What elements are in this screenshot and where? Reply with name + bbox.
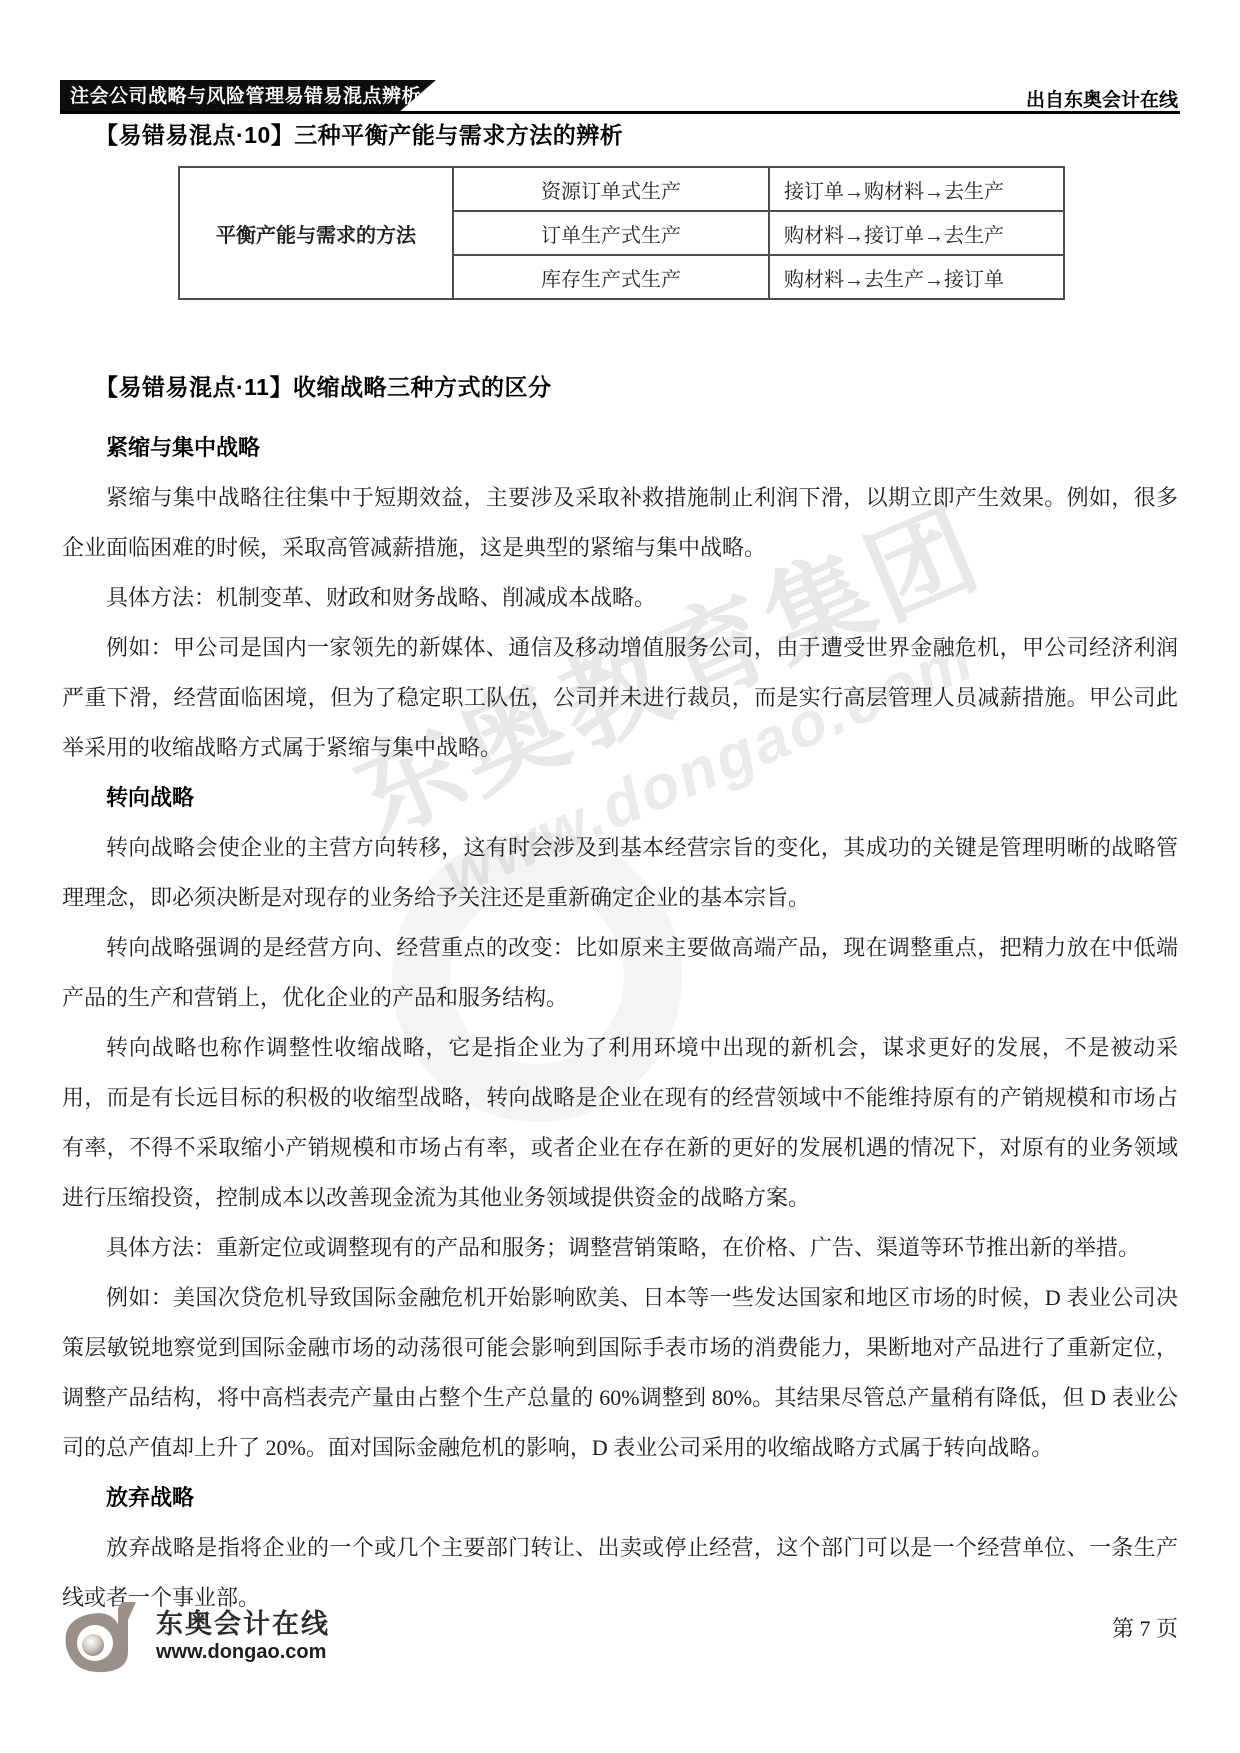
section10-heading: 【易错易混点·10】三种平衡产能与需求方法的辨析	[95, 117, 623, 150]
paragraph: 紧缩与集中战略往往集中于短期效益，主要涉及采取补救措施制止利润下滑，以期立即产生…	[62, 473, 1178, 573]
header-divider	[60, 111, 1180, 114]
table-cell-method: 资源订单式生产	[453, 167, 769, 211]
table-cell-flow: 接订单→购材料→去生产	[769, 167, 1064, 211]
paragraph: 转向战略强调的是经营方向、经营重点的改变：比如原来主要做高端产品，现在调整重点，…	[62, 923, 1178, 1023]
table-cell-flow: 购材料→接订单→去生产	[769, 211, 1064, 255]
footer-logo-words: 东奥会计在线 www.dongao.com	[156, 1609, 330, 1665]
table-cell-flow: 购材料→去生产→接订单	[769, 255, 1064, 299]
footer-logo-title: 东奥会计在线	[156, 1609, 330, 1639]
dongao-logo-icon	[62, 1600, 144, 1674]
header-banner: 注会公司战略与风险管理易错易混点辨析	[60, 80, 436, 113]
table-cell-method: 订单生产式生产	[453, 211, 769, 255]
balance-methods-table: 平衡产能与需求的方法 资源订单式生产 接订单→购材料→去生产 订单生产式生产 购…	[178, 166, 1065, 300]
subheading-zhuanxiang: 转向战略	[62, 773, 1178, 823]
paragraph: 具体方法：重新定位或调整现有的产品和服务；调整营销策略，在价格、广告、渠道等环节…	[62, 1223, 1178, 1273]
paragraph: 转向战略也称作调整性收缩战略，它是指企业为了利用环境中出现的新机会，谋求更好的发…	[62, 1023, 1178, 1223]
section11-heading: 【易错易混点·11】收缩战略三种方式的区分	[95, 369, 551, 402]
subheading-fangqi: 放弃战略	[62, 1473, 1178, 1523]
paragraph: 例如：甲公司是国内一家领先的新媒体、通信及移动增值服务公司，由于遭受世界金融危机…	[62, 623, 1178, 773]
header-source-label: 出自东奥会计在线	[1026, 85, 1178, 112]
section11-body: 紧缩与集中战略 紧缩与集中战略往往集中于短期效益，主要涉及采取补救措施制止利润下…	[62, 423, 1178, 1623]
subheading-jinsuo: 紧缩与集中战略	[62, 423, 1178, 473]
paragraph: 例如：美国次贷危机导致国际金融危机开始影响欧美、日本等一些发达国家和地区市场的时…	[62, 1273, 1178, 1473]
table-cell-method: 库存生产式生产	[453, 255, 769, 299]
footer-logo: 东奥会计在线 www.dongao.com	[62, 1600, 330, 1674]
table-row-header: 平衡产能与需求的方法	[179, 167, 453, 299]
table-row: 平衡产能与需求的方法 资源订单式生产 接订单→购材料→去生产	[179, 167, 1064, 211]
paragraph: 具体方法：机制变革、财政和财务战略、削减成本战略。	[62, 573, 1178, 623]
document-page: 东奥教育集团 www.dongao.com 注会公司战略与风险管理易错易混点辨析…	[0, 0, 1240, 1753]
page-number: 第 7 页	[1112, 1612, 1178, 1643]
footer-logo-url: www.dongao.com	[156, 1639, 330, 1665]
paragraph: 转向战略会使企业的主营方向转移，这有时会涉及到基本经营宗旨的变化，其成功的关键是…	[62, 823, 1178, 923]
